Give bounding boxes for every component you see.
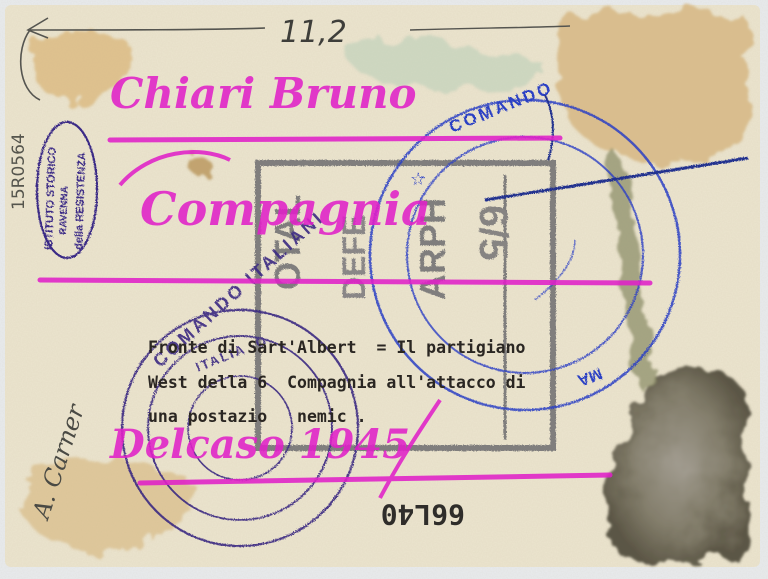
svg-text:Fronte di Sart'Albert = Il pa: Fronte di Sart'Albert = Il partigiano	[148, 338, 526, 357]
strike-line-2	[40, 280, 650, 283]
svg-text:Delcaso 1945: Delcaso 1945	[109, 421, 410, 468]
svg-text:West della 6 Compagnia all'at: West della 6 Compagnia all'attacco di	[148, 373, 526, 392]
svg-text:Chiari Bruno: Chiari Bruno	[110, 69, 417, 118]
svg-text:15R0564: 15R0564	[9, 133, 29, 210]
svg-text:RAVENNA: RAVENNA	[58, 186, 71, 235]
strike-line-1	[110, 138, 560, 140]
serial-number: 66L40	[381, 498, 465, 531]
svg-text:Compagnia: Compagnia	[140, 182, 431, 236]
svg-text:11,2: 11,2	[280, 15, 347, 50]
svg-text:6/5: 6/5	[471, 205, 515, 261]
photo-back-scan: OTAL DEFE ARPH 6/5 COMANDO ☆ MA COMANDO …	[0, 0, 768, 579]
